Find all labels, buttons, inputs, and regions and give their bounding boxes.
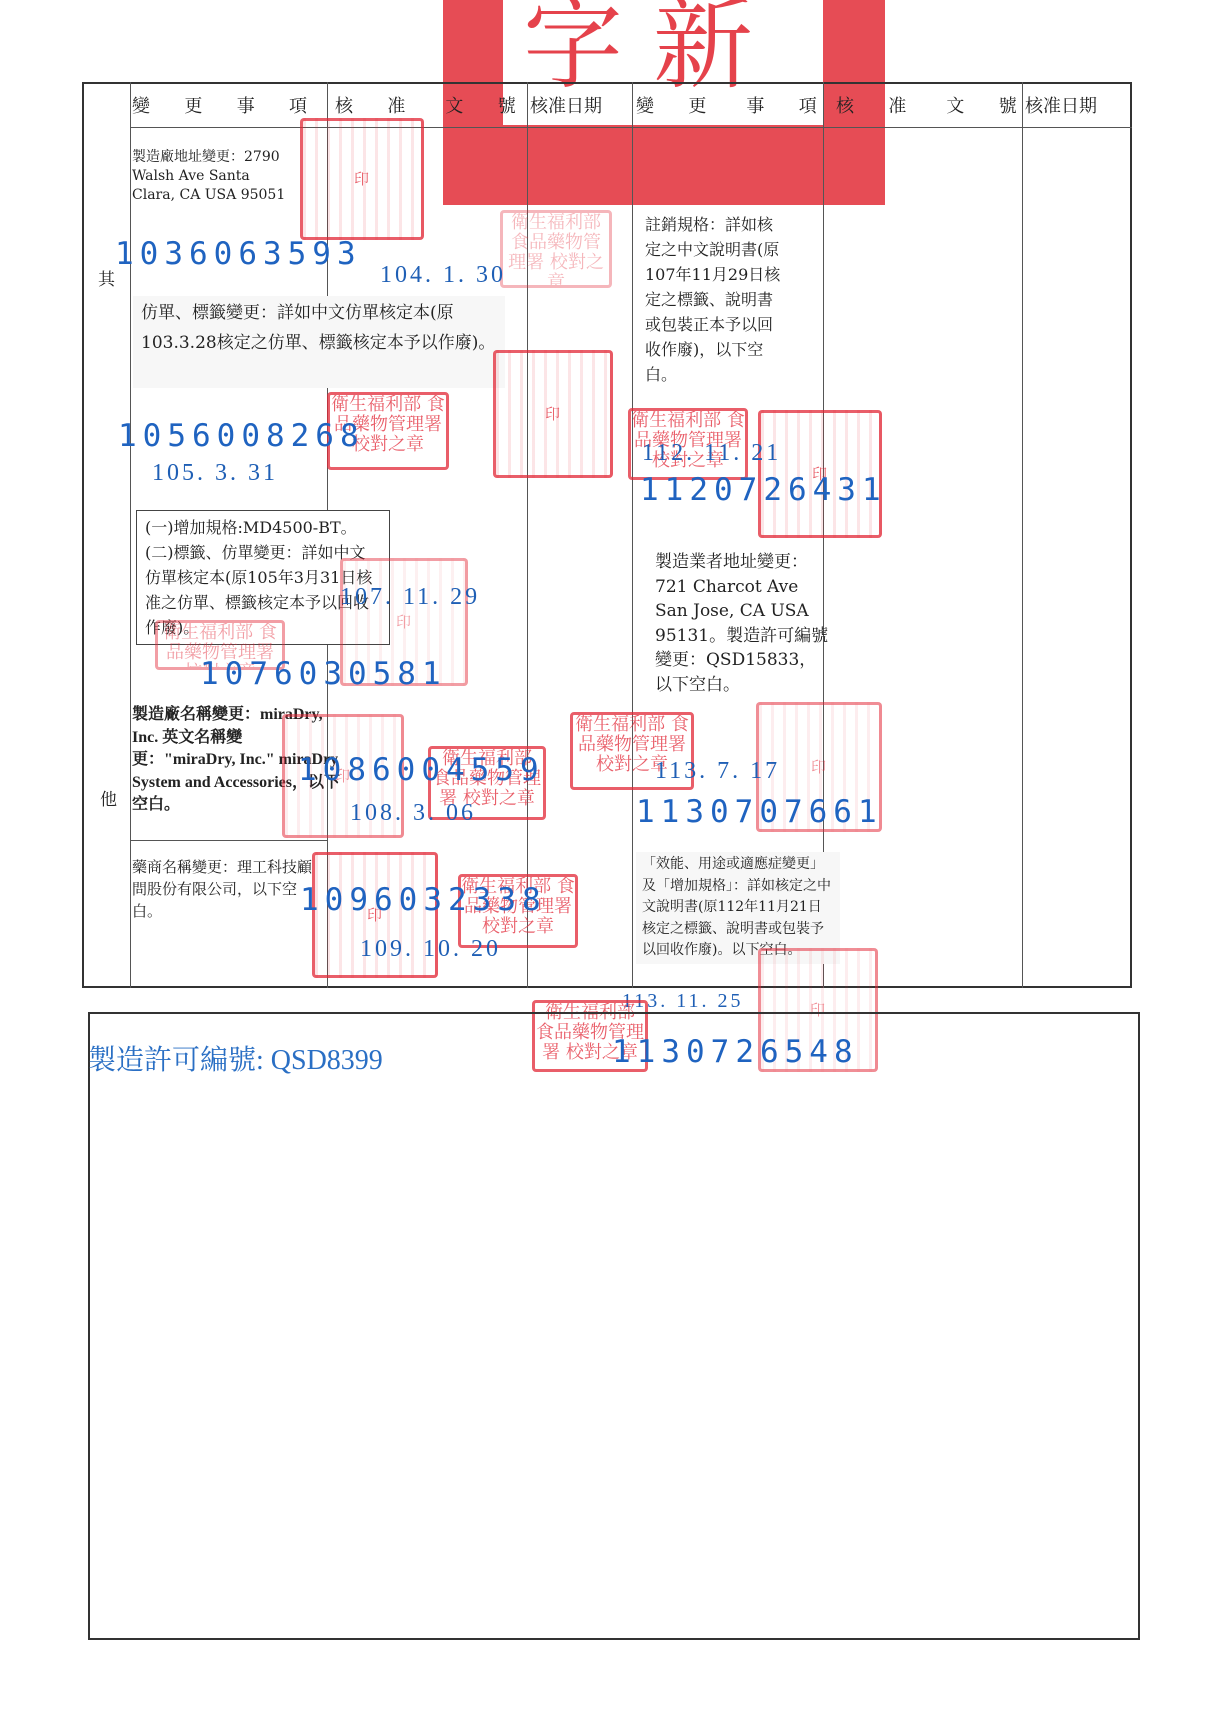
permit-section — [88, 1012, 1140, 1640]
column-divider — [1022, 82, 1023, 988]
header-change-item: 變 更 事 項 — [132, 92, 307, 118]
side-label-bottom: 他 — [100, 785, 117, 810]
header-change-item-right: 變 更 事 項 — [636, 92, 817, 118]
doc-number: 1036063593 — [115, 236, 362, 272]
doc-number: 1056008268 — [118, 418, 365, 454]
doc-number: 1096032338 — [300, 882, 547, 918]
column-divider — [130, 82, 131, 988]
seal-glyph: 字新 — [523, 0, 783, 95]
row-divider — [130, 840, 327, 841]
change-description: 註銷規格：詳如核定之中文說明書(原107年11月29日核定之標籤、說明書或包裝正… — [645, 212, 785, 387]
header-divider — [130, 127, 1132, 128]
approval-date: 104. 1. 30 — [380, 262, 506, 289]
header-approval-date: 核准日期 — [530, 92, 602, 118]
change-description: 製造廠地址變更：2790 Walsh Ave Santa Clara, CA U… — [132, 148, 292, 205]
change-description: 藥商名稱變更：理工科技顧問股份有限公司，以下空白。 — [132, 856, 312, 922]
change-description: 仿單、標籤變更：詳如中文仿單核定本(原103.3.28核定之仿單、標籤核定本予以… — [133, 296, 505, 388]
approval-date: 109. 10. 20 — [360, 936, 501, 963]
approval-date: 112. 11. 21 — [642, 440, 781, 467]
manufacturing-permit-number: 製造許可編號: QSD8399 — [88, 1038, 383, 1078]
header-doc-number-right: 核 准 文 號 — [836, 92, 1017, 118]
doc-number: 1076030581 — [200, 656, 447, 692]
change-description: 製造業者地址變更：721 Charcot Ave San Jose, CA US… — [655, 550, 830, 697]
doc-number: 1130707661 — [636, 794, 883, 830]
approval-date: 107. 11. 29 — [340, 584, 480, 611]
column-divider — [632, 82, 633, 988]
doc-number: 1120726431 — [640, 472, 887, 508]
header-approval-date-right: 核准日期 — [1025, 92, 1097, 118]
seal-stamp: 印 — [300, 118, 424, 240]
approval-date: 113. 7. 17 — [655, 758, 780, 785]
side-label-top: 其 — [98, 265, 115, 290]
verification-stamp: 衛生福利部 食品藥物管理署 校對之章 — [500, 210, 612, 288]
change-description: 「效能、用途或適應症變更」及「增加規格」：詳如核定之中文說明書(原112年11月… — [636, 852, 840, 964]
doc-number: 1086004559 — [298, 752, 545, 788]
seal-stamp: 印 — [493, 350, 613, 478]
approval-date: 108. 3. 06 — [350, 800, 476, 827]
header-doc-number: 核 准 文 號 — [335, 92, 516, 118]
approval-date: 105. 3. 31 — [152, 460, 278, 487]
